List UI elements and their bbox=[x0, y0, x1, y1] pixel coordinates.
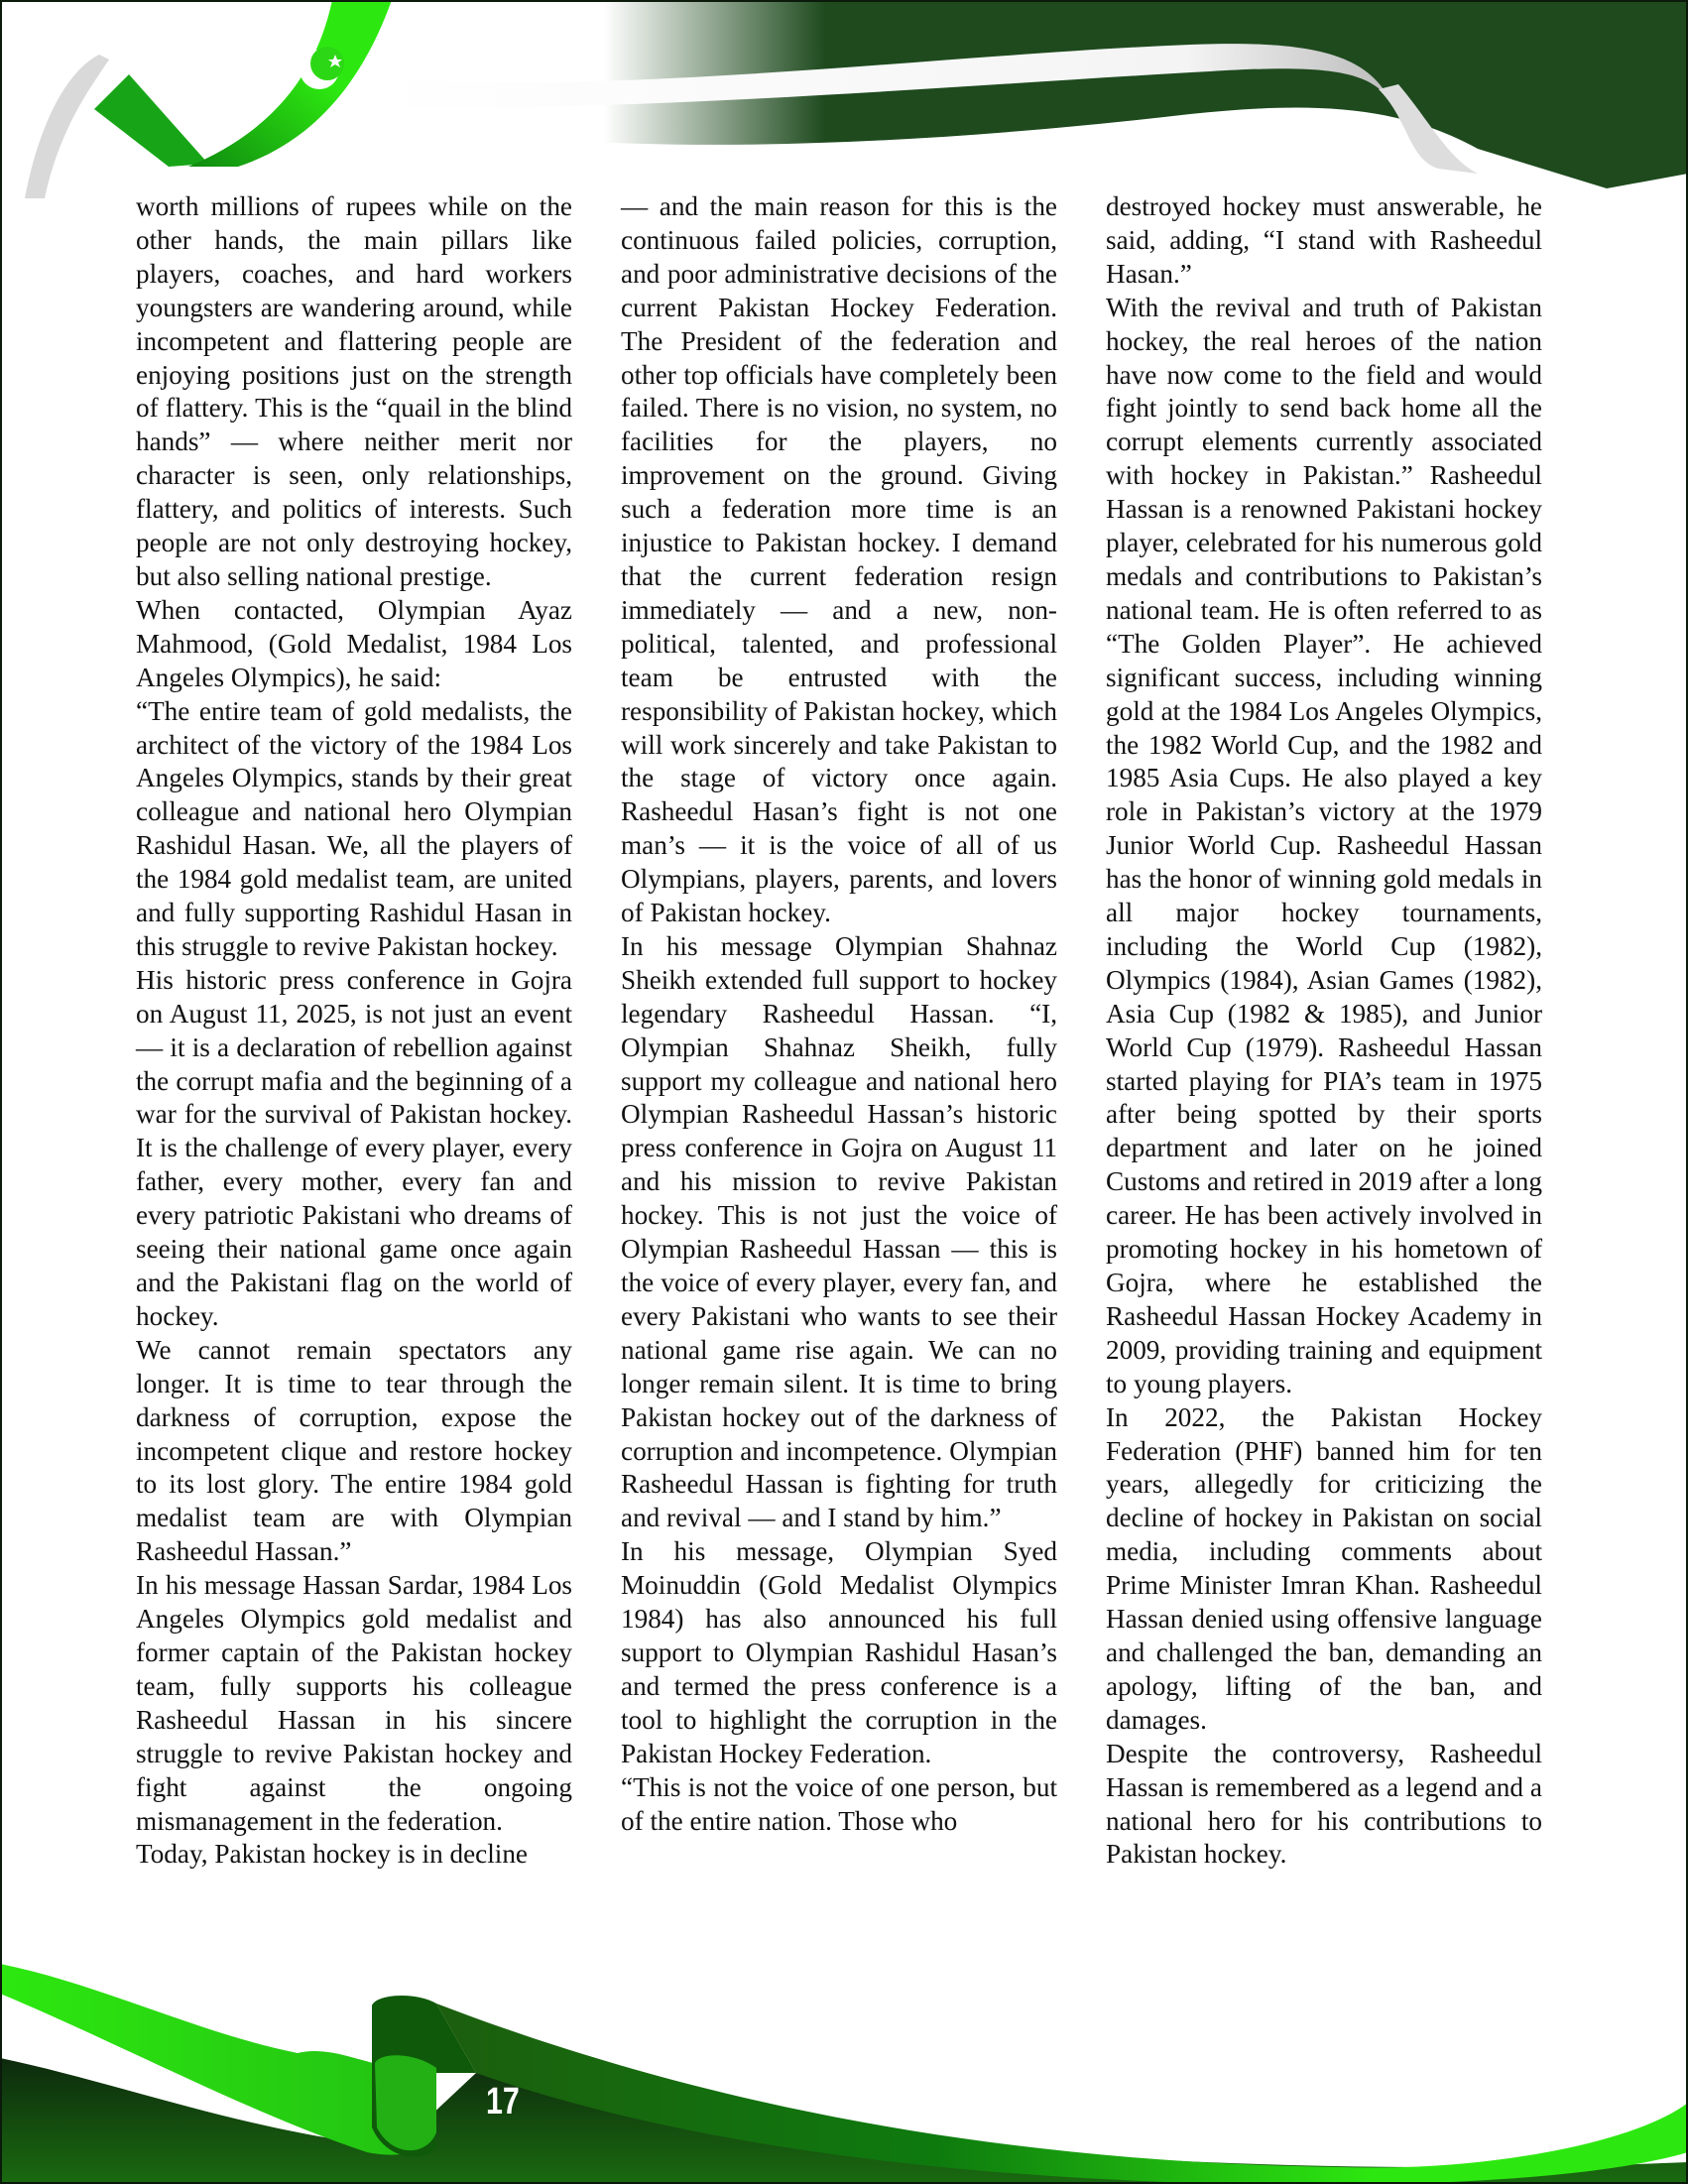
paragraph: His historic press conference in Gojra o… bbox=[136, 964, 572, 1334]
paragraph: In 2022, the Pakistan Hockey Federation … bbox=[1106, 1401, 1542, 1738]
paragraph: When contacted, Olympian Ayaz Mahmood, (… bbox=[136, 594, 572, 695]
paragraph: Today, Pakistan hockey is in decline bbox=[136, 1838, 572, 1872]
paragraph: We cannot remain spectators any longer. … bbox=[136, 1334, 572, 1569]
paragraph: In his message, Olympian Syed Moinuddin … bbox=[621, 1535, 1057, 1770]
article-column-1: worth millions of rupees while on the ot… bbox=[136, 190, 572, 1976]
footer-ribbon-decoration bbox=[0, 1964, 1688, 2184]
paragraph: In his message Olympian Shahnaz Sheikh e… bbox=[621, 930, 1057, 1535]
paragraph: With the revival and truth of Pakistan h… bbox=[1106, 292, 1542, 1401]
page-number: 17 bbox=[486, 2081, 520, 2123]
article-column-3: destroyed hockey must answerable, he sai… bbox=[1106, 190, 1542, 1976]
paragraph: In his message Hassan Sardar, 1984 Los A… bbox=[136, 1569, 572, 1838]
paragraph: “The entire team of gold medalists, the … bbox=[136, 695, 572, 964]
paragraph: — and the main reason for this is the co… bbox=[621, 190, 1057, 930]
article-body: worth millions of rupees while on the ot… bbox=[136, 190, 1542, 1976]
paragraph: “This is not the voice of one person, bu… bbox=[621, 1771, 1057, 1839]
header-flag-ribbon-decoration bbox=[0, 0, 1688, 198]
article-column-2: — and the main reason for this is the co… bbox=[621, 190, 1057, 1976]
paragraph: destroyed hockey must answerable, he sai… bbox=[1106, 190, 1542, 292]
paragraph: Despite the controversy, Rasheedul Hassa… bbox=[1106, 1738, 1542, 1873]
paragraph: worth millions of rupees while on the ot… bbox=[136, 190, 572, 594]
